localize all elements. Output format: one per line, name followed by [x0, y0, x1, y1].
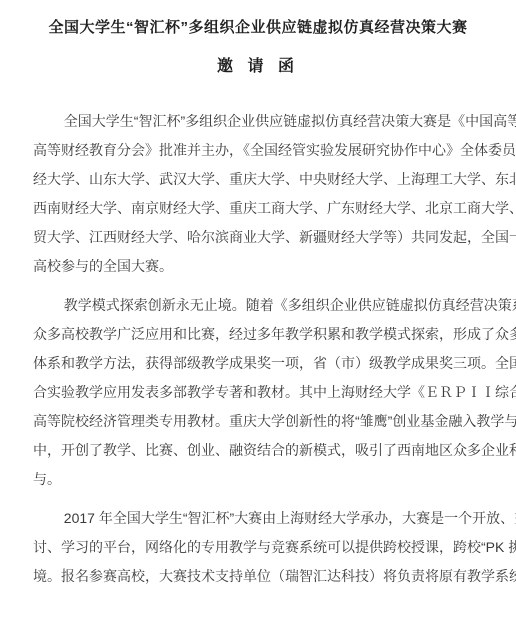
text-line: 境。报名参赛高校，大赛技术支持单位（瑞智汇达科技）将负责将原有教学系统升级为最新 — [33, 562, 483, 591]
paragraph-3: 2017 年全国大学生“智汇杯”大赛由上海财经大学承办，大赛是一个开放、交流、研… — [33, 504, 483, 591]
text-line: 经大学、山东大学、武汉大学、重庆大学、中央财经大学、上海理工大学、东北财经大学、 — [33, 165, 483, 194]
document-subtitle: 邀 请 函 — [33, 58, 483, 75]
document-body: 全国大学生“智汇杯”多组织企业供应链虚拟仿真经营决策大赛是《中国高等教育学会 高… — [33, 107, 483, 591]
text-line: 高等财经教育分会》批准并主办，《全国经管实验发展研究协作中心》全体委员单位（上海… — [33, 136, 483, 165]
text-line: 中，开创了教学、比赛、创业、融资结合的新模式，吸引了西南地区众多企业和企业家的参 — [33, 436, 483, 465]
text-line: 2017 年全国大学生“智汇杯”大赛由上海财经大学承办，大赛是一个开放、交流、研 — [33, 504, 483, 533]
paragraph-1: 全国大学生“智汇杯”多组织企业供应链虚拟仿真经营决策大赛是《中国高等教育学会 高… — [33, 107, 483, 281]
paragraph-2: 教学模式探索创新永无止境。随着《多组织企业供应链虚拟仿真经营决策系统》在全国 众… — [33, 291, 483, 494]
document-page: 全国大学生“智汇杯”多组织企业供应链虚拟仿真经营决策大赛 邀 请 函 全国大学生… — [0, 0, 516, 621]
text-line: 全国大学生“智汇杯”多组织企业供应链虚拟仿真经营决策大赛是《中国高等教育学会 — [33, 107, 483, 136]
document-title: 全国大学生“智汇杯”多组织企业供应链虚拟仿真经营决策大赛 — [33, 19, 483, 37]
text-line: 与。 — [33, 465, 483, 494]
text-line: 西南财经大学、南京财经大学、重庆工商大学、广东财经大学、北京工商大学、上海对外经 — [33, 194, 483, 223]
text-line: 教学模式探索创新永无止境。随着《多组织企业供应链虚拟仿真经营决策系统》在全国 — [33, 291, 483, 320]
text-line: 贸大学、江西财经大学、哈尔滨商业大学、新疆财经大学等）共同发起，全国一千二百余所 — [33, 223, 483, 252]
text-line: 众多高校教学广泛应用和比赛，经过多年教学积累和教学模式探索，形成了众多创新的教学 — [33, 320, 483, 349]
text-line: 高等院校经济管理类专用教材。重庆大学创新性的将“雏鹰”创业基金融入教学与大赛之 — [33, 407, 483, 436]
text-line: 体系和教学方法，获得部级教学成果奖一项，省（市）级教学成果奖三项。全国多所高校结 — [33, 349, 483, 378]
text-line: 高校参与的全国大赛。 — [33, 252, 483, 281]
text-line: 合实验教学应用发表多部教学专著和教材。其中上海财经大学《ＥＲＰＩＩ综合实验》纳入 — [33, 378, 483, 407]
text-line: 讨、学习的平台，网络化的专用教学与竞赛系统可以提供跨校授课，跨校“PK 挑战”比… — [33, 533, 483, 562]
